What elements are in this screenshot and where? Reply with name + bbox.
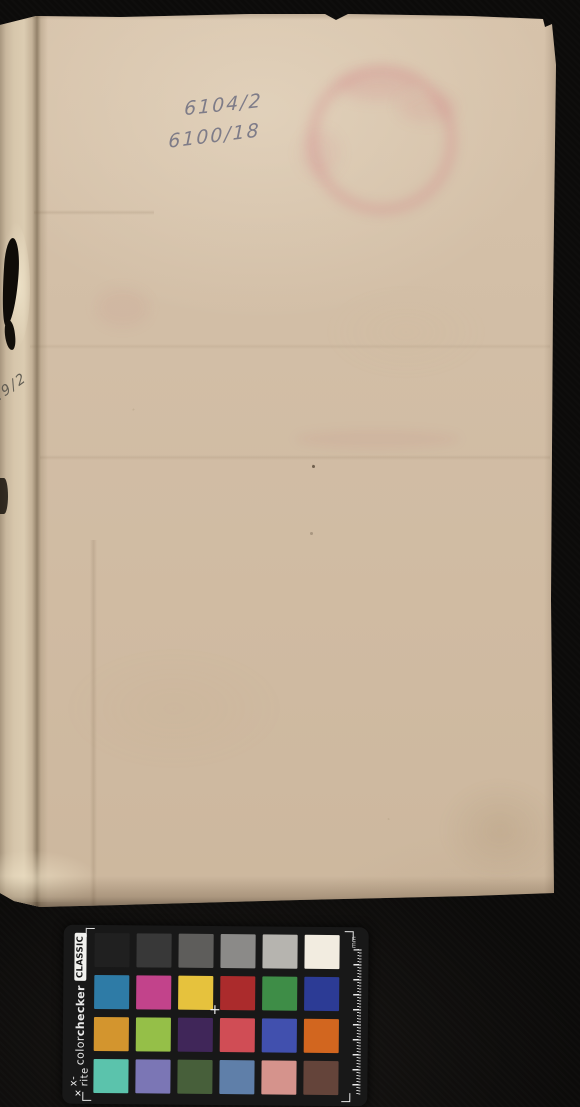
crop-mark-top-left [86,928,95,937]
paper-speck [312,465,315,468]
handwritten-number-1: 6104/2 [184,90,263,120]
stamp-smudge [300,130,340,176]
stamp-smudge [398,92,456,122]
paper-speck [310,532,313,535]
mm-ruler-major-ticks [352,949,361,1095]
color-patch-blue [304,977,339,1011]
color-patch-neutral-5 [178,934,213,968]
color-patch-yellow-green [136,1017,171,1051]
colorchecker-side-label: ✕ x-rite colorchecker CLASSIC [66,931,93,1099]
horizontal-crease [34,210,154,215]
color-patch-magenta [136,975,171,1009]
crop-mark-bottom-right [341,1093,350,1102]
mm-ruler-unit-label: mm [352,936,358,948]
colorchecker-card: ✕ x-rite colorchecker CLASSIC + mm [62,925,369,1107]
page-edge-shadow [0,876,580,908]
color-patch-blue-flower [135,1059,170,1093]
spine-tear-hole [0,478,8,514]
page-edge-shadow [544,0,558,910]
color-patch-red [220,976,255,1010]
xrite-brand-label: x-rite [68,1065,90,1086]
classic-badge: CLASSIC [74,933,86,981]
color-patch-green [262,976,297,1010]
color-patch-orange [304,1019,339,1053]
crop-mark-bottom-left [82,1092,91,1101]
horizontal-crease [40,455,550,460]
ink-smear [295,430,460,448]
color-patch-foliage [177,1060,212,1094]
colorchecker-title: colorchecker [73,985,87,1065]
color-patch-white [304,935,339,969]
color-patch-bluish-green [93,1059,128,1093]
color-patch-yellow [178,976,213,1010]
page-edge-shadow [0,12,580,20]
color-patch-neutral-8 [262,934,297,968]
color-patch-light-skin [261,1060,296,1094]
color-patch-cyan [94,975,129,1009]
corner-stain [440,780,560,880]
color-patch-orange-yellow [94,1017,129,1051]
center-cross-mark: + [209,1003,221,1017]
color-patch-dark-skin [303,1061,338,1095]
color-patch-neutral-6-5 [220,934,255,968]
color-patch-moderate-red [220,1018,255,1052]
horizontal-crease [30,344,550,349]
color-patch-neutral-3-5 [136,933,171,967]
color-patch-purplish-blue [262,1018,297,1052]
color-patch-blue-sky [219,1060,254,1094]
scan-canvas: { "document": { "description": "aged bla… [0,0,580,1107]
handwritten-number-2: 6100/18 [168,119,261,153]
color-patch-black [94,933,129,967]
color-patch-purple [178,1018,213,1052]
ink-smear [95,288,150,328]
